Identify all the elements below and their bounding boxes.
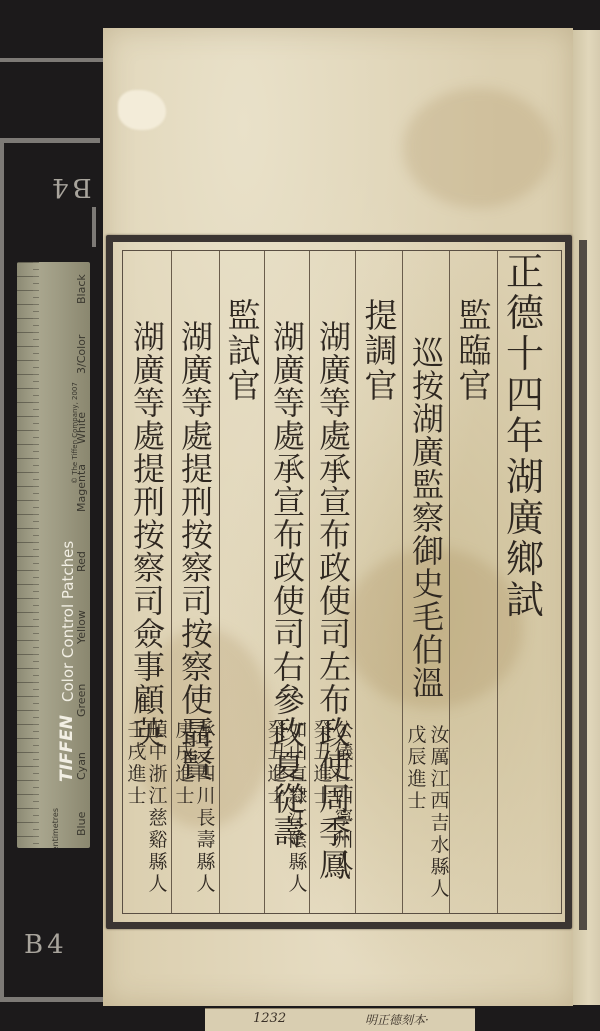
glyph: 湖	[506, 458, 544, 499]
adjacent-page-border	[579, 240, 587, 930]
glyph: 調	[365, 334, 398, 369]
catalog-number: 1232	[253, 1011, 286, 1026]
edition-note: 明正德刻本·	[365, 1011, 429, 1028]
glyph: 公	[334, 721, 353, 743]
glyph: 士	[175, 787, 194, 809]
glyph: 按	[133, 519, 165, 552]
glyph: 長	[196, 809, 215, 831]
glyph: 谿	[148, 831, 167, 853]
glyph: 寧	[334, 809, 353, 831]
glyph: 察	[181, 651, 213, 684]
glyph: 湖	[319, 321, 351, 354]
glyph: 司	[181, 585, 213, 618]
glyph: 政	[273, 552, 305, 585]
glyph: 官	[459, 369, 492, 404]
glyph: 左	[319, 651, 351, 684]
glyph: 隸	[288, 787, 307, 809]
glyph: 監	[412, 469, 444, 502]
glyph: 人	[430, 880, 449, 902]
glyph: 戌	[175, 743, 194, 765]
glyph: 進	[175, 765, 194, 787]
board-line-top	[0, 58, 103, 62]
glyph: 吉	[430, 814, 449, 836]
glyph: 提	[181, 453, 213, 486]
glyph: 進	[127, 765, 146, 787]
glyph: 士	[267, 787, 286, 809]
glyph: 人	[334, 853, 353, 875]
glyph: 等	[319, 387, 351, 420]
patch-blue: Blue	[75, 812, 88, 836]
glyph: 毛	[412, 601, 444, 634]
glyph: 年	[506, 417, 544, 458]
glyph: 事	[133, 651, 165, 684]
glyph: 廣	[181, 354, 213, 387]
glyph: 廣	[412, 436, 444, 469]
glyph: 處	[273, 420, 305, 453]
official-note-origin: 順中浙江慈谿縣人	[147, 721, 169, 897]
glyph: 司	[133, 585, 165, 618]
glyph: 廣	[319, 354, 351, 387]
patch-green: Green	[75, 684, 88, 717]
glyph: 司	[273, 618, 305, 651]
water-stain	[403, 88, 553, 208]
glyph: 宣	[273, 486, 305, 519]
glyph: 廣	[133, 354, 165, 387]
glyph: 處	[319, 420, 351, 453]
glyph: 刑	[133, 486, 165, 519]
glyph: 人	[288, 875, 307, 897]
glyph: 使	[273, 585, 305, 618]
glyph: 等	[273, 387, 305, 420]
board-line-upper	[0, 138, 100, 143]
glyph: 官	[228, 369, 261, 404]
glyph: 提	[133, 453, 165, 486]
glyph: 四	[196, 765, 215, 787]
official-entry: 巡按湖廣監察御史毛伯溫	[406, 337, 450, 700]
glyph: 布	[319, 684, 351, 717]
official-note-origin: 汝厲江西吉水縣人	[429, 726, 451, 902]
glyph: 陰	[288, 831, 307, 853]
color-control-strip: TIFFEN Color Control Patches Centimetres…	[17, 262, 90, 848]
glyph: 伯	[412, 634, 444, 667]
glyph: 西	[430, 792, 449, 814]
glyph: 士	[313, 787, 332, 809]
glyph: 十	[506, 335, 544, 376]
section-heading-jianshi: 監試官	[222, 299, 266, 404]
glyph: 江	[430, 770, 449, 792]
catalog-label: 1232 明正德刻本·	[205, 1008, 475, 1031]
patch-white: White	[75, 412, 88, 444]
glyph: 按	[181, 618, 213, 651]
official-note-degree: 戊辰進士	[406, 726, 428, 814]
glyph: 布	[319, 519, 351, 552]
patch-cyan: Cyan	[75, 752, 88, 780]
glyph: 布	[273, 519, 305, 552]
official-note-origin: 公儀江西寧州人	[333, 721, 355, 875]
patch-red: Red	[75, 551, 88, 572]
glyph: 試	[228, 334, 261, 369]
glyph: 州	[334, 831, 353, 853]
glyph: 使	[319, 585, 351, 618]
glyph: 承	[273, 453, 305, 486]
glyph: 察	[412, 502, 444, 535]
glyph: 右	[273, 651, 305, 684]
glyph: 廣	[506, 499, 544, 540]
document-title: 正德十四年湖廣鄉試	[501, 253, 549, 622]
cm-ruler	[33, 262, 39, 848]
official-note-degree: 壬戌進士	[126, 721, 148, 809]
glyph: 承	[196, 721, 215, 743]
board-label-bottom: B4	[24, 930, 68, 960]
glyph: 西	[334, 787, 353, 809]
glyph: 僉	[133, 618, 165, 651]
glyph: 縣	[148, 853, 167, 875]
glyph: 直	[288, 765, 307, 787]
glyph: 政	[319, 552, 351, 585]
board-label-top: B4	[48, 172, 92, 202]
glyph: 湖	[181, 321, 213, 354]
glyph: 四	[506, 376, 544, 417]
glyph: 辰	[407, 748, 426, 770]
glyph: 人	[148, 875, 167, 897]
glyph: 順	[148, 721, 167, 743]
glyph: 士	[127, 787, 146, 809]
glyph: 承	[319, 453, 351, 486]
glyph: 戌	[127, 743, 146, 765]
glyph: 德	[506, 294, 544, 335]
glyph: 汝	[430, 726, 449, 748]
glyph: 提	[365, 299, 398, 334]
glyph: 溫	[412, 667, 444, 700]
glyph: 壬	[127, 721, 146, 743]
patch-yellow: Yellow	[75, 610, 88, 644]
glyph: 癸	[313, 721, 332, 743]
glyph: 中	[148, 743, 167, 765]
official-note-degree: 庚戌進士	[174, 721, 196, 809]
glyph: 縣	[288, 853, 307, 875]
glyph: 司	[319, 618, 351, 651]
section-heading-tidiao: 提調官	[359, 299, 403, 404]
official-note-origin: 承之四川長壽縣人	[195, 721, 217, 897]
patch-3color: 3/Color	[75, 335, 88, 374]
glyph: 山	[288, 743, 307, 765]
glyph: 浙	[148, 765, 167, 787]
glyph: 江	[148, 787, 167, 809]
official-note-degree: 癸丑進士	[312, 721, 334, 809]
patch-black: Black	[75, 274, 88, 304]
glyph: 進	[267, 765, 286, 787]
glyph: 江	[288, 809, 307, 831]
patch-magenta: Magenta	[75, 464, 88, 512]
glyph: 處	[133, 420, 165, 453]
glyph: 按	[181, 519, 213, 552]
glyph: 處	[181, 420, 213, 453]
board-line-right-small	[92, 207, 96, 247]
glyph: 戊	[407, 726, 426, 748]
glyph: 史	[412, 568, 444, 601]
glyph: 按	[412, 370, 444, 403]
glyph: 參	[273, 684, 305, 717]
glyph: 試	[506, 581, 544, 622]
glyph: 湖	[133, 321, 165, 354]
paper-tear	[118, 90, 166, 130]
section-heading-jianlin: 監臨官	[453, 299, 497, 404]
glyph: 縣	[196, 853, 215, 875]
glyph: 士	[407, 792, 426, 814]
glyph: 人	[196, 875, 215, 897]
board-line-vertical	[0, 138, 4, 998]
glyph: 等	[181, 387, 213, 420]
adjacent-page-edge	[572, 30, 600, 1005]
glyph: 丑	[267, 743, 286, 765]
glyph: 江	[334, 765, 353, 787]
strip-brand: TIFFEN	[57, 715, 77, 782]
glyph: 縣	[430, 858, 449, 880]
column-rule	[171, 251, 172, 913]
glyph: 廣	[273, 354, 305, 387]
glyph: 之	[196, 743, 215, 765]
glyph: 監	[228, 299, 261, 334]
glyph: 進	[407, 770, 426, 792]
glyph: 庚	[175, 721, 194, 743]
glyph: 使	[181, 684, 213, 717]
glyph: 癸	[267, 721, 286, 743]
glyph: 刑	[181, 486, 213, 519]
glyph: 宣	[319, 486, 351, 519]
glyph: 壽	[196, 831, 215, 853]
printed-block: 正德十四年湖廣鄉試 監臨官 巡按湖廣監察御史毛伯溫 汝厲江西吉水縣人 戊辰進士 …	[106, 235, 572, 929]
glyph: 監	[459, 299, 492, 334]
glyph: 鄉	[506, 540, 544, 581]
glyph: 水	[430, 836, 449, 858]
glyph: 顧	[133, 684, 165, 717]
glyph: 如	[288, 721, 307, 743]
official-note-degree: 癸丑進士	[266, 721, 288, 809]
glyph: 湖	[412, 403, 444, 436]
glyph: 慈	[148, 809, 167, 831]
glyph: 厲	[430, 748, 449, 770]
glyph: 進	[313, 765, 332, 787]
glyph: 正	[506, 253, 544, 294]
column-grid: 正德十四年湖廣鄉試 監臨官 巡按湖廣監察御史毛伯溫 汝厲江西吉水縣人 戊辰進士 …	[122, 250, 562, 914]
glyph: 御	[412, 535, 444, 568]
official-note-origin: 如山直隸江陰縣人	[287, 721, 309, 897]
inch-ruler	[17, 262, 33, 848]
book-page: 正德十四年湖廣鄉試 監臨官 巡按湖廣監察御史毛伯溫 汝厲江西吉水縣人 戊辰進士 …	[103, 28, 573, 1006]
column-rule	[497, 251, 498, 913]
glyph: 察	[181, 552, 213, 585]
glyph: 儀	[334, 743, 353, 765]
glyph: 巡	[412, 337, 444, 370]
official-entry: 湖廣等處提刑按察司按察使聶賢	[175, 321, 219, 783]
glyph: 丑	[313, 743, 332, 765]
glyph: 臨	[459, 334, 492, 369]
glyph: 察	[133, 552, 165, 585]
board-line-bottom	[0, 997, 108, 1002]
glyph: 川	[196, 787, 215, 809]
column-rule	[219, 251, 220, 913]
strip-unit-label: Centimetres	[51, 808, 60, 848]
official-entry: 湖廣等處提刑按察司僉事顧英	[127, 321, 171, 750]
glyph: 官	[365, 369, 398, 404]
glyph: 等	[133, 387, 165, 420]
glyph: 湖	[273, 321, 305, 354]
